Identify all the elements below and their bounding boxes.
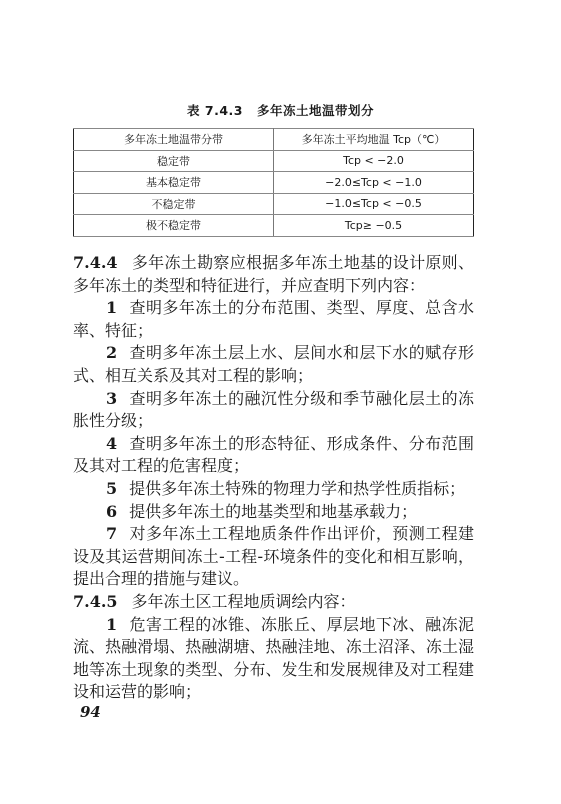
list-item: 6提供多年冻土的地基类型和地基承载力；	[73, 501, 474, 524]
item-number: 1	[106, 298, 117, 317]
item-text: 对多年冻土工程地质条件作出评价，预测工程建设及其运营期间冻土-工程-环境条件的变…	[73, 524, 474, 588]
table-row: 不稳定带 −1.0≤Tcp < −0.5	[74, 193, 474, 215]
item-text: 提供多年冻土的地基类型和地基承载力；	[129, 502, 417, 521]
header-band: 多年冻土地温带分带	[74, 129, 274, 151]
list-item: 7对多年冻土工程地质条件作出评价，预测工程建设及其运营期间冻土-工程-环境条件的…	[73, 523, 474, 591]
table-row: 稳定带 Tcp < −2.0	[74, 150, 474, 172]
band-cell: 稳定带	[74, 150, 274, 172]
item-number: 6	[106, 502, 117, 521]
list-item: 5提供多年冻土特殊的物理力学和热学性质指标；	[73, 478, 474, 501]
item-number: 7	[106, 524, 117, 543]
item-text: 提供多年冻土特殊的物理力学和热学性质指标；	[129, 479, 465, 498]
clause-7-4-5: 7.4.5多年冻土区工程地质调绘内容：	[73, 591, 474, 614]
item-number: 5	[106, 479, 117, 498]
list-item: 4查明多年冻土的形态特征、形成条件、分布范围及其对工程的危害程度；	[73, 433, 474, 478]
list-item: 3查明多年冻土的融沉性分级和季节融化层土的冻胀性分级；	[73, 388, 474, 433]
table-row: 基本稳定带 −2.0≤Tcp < −1.0	[74, 172, 474, 194]
item-text: 查明多年冻土的形态特征、形成条件、分布范围及其对工程的危害程度；	[73, 434, 474, 476]
clause-text: 多年冻土勘察应根据多年冻土地基的设计原则、多年冻土的类型和特征进行，并应查明下列…	[73, 253, 474, 295]
temperature-cell: −2.0≤Tcp < −1.0	[274, 172, 474, 194]
list-item: 1危害工程的冰锥、冻胀丘、厚层地下冰、融冻泥流、热融滑塌、热融湖塘、热融洼地、冻…	[73, 614, 474, 704]
band-cell: 不稳定带	[74, 193, 274, 215]
item-text: 查明多年冻土层上水、层间水和层下水的赋存形式、相互关系及其对工程的影响；	[73, 343, 474, 385]
table-number: 表 7.4.3	[187, 103, 243, 118]
table-title: 多年冻土地温带划分	[257, 103, 374, 118]
item-text: 危害工程的冰锥、冻胀丘、厚层地下冰、融冻泥流、热融滑塌、热融湖塘、热融洼地、冻土…	[73, 615, 474, 702]
item-text: 查明多年冻土的融沉性分级和季节融化层土的冻胀性分级；	[73, 389, 474, 431]
temperature-cell: Tcp≥ −0.5	[274, 215, 474, 237]
body-text: 7.4.4多年冻土勘察应根据多年冻土地基的设计原则、多年冻土的类型和特征进行，并…	[73, 252, 474, 704]
temperature-cell: Tcp < −2.0	[274, 150, 474, 172]
item-number: 2	[106, 343, 117, 362]
table-caption: 表 7.4.3多年冻土地温带划分	[0, 101, 561, 119]
item-number: 1	[106, 615, 117, 634]
item-number: 4	[106, 434, 117, 453]
table-row: 极不稳定带 Tcp≥ −0.5	[74, 215, 474, 237]
list-item: 2查明多年冻土层上水、层间水和层下水的赋存形式、相互关系及其对工程的影响；	[73, 342, 474, 387]
table-header-row: 多年冻土地温带分带 多年冻土平均地温 Tcp（℃）	[74, 129, 474, 151]
ground-temperature-band-table: 多年冻土地温带分带 多年冻土平均地温 Tcp（℃） 稳定带 Tcp < −2.0…	[73, 128, 474, 237]
item-number: 3	[106, 389, 117, 408]
clause-number: 7.4.4	[73, 253, 118, 272]
clause-text: 多年冻土区工程地质调绘内容：	[132, 592, 356, 611]
band-cell: 极不稳定带	[74, 215, 274, 237]
list-item: 1查明多年冻土的分布范围、类型、厚度、总含水率、特征；	[73, 297, 474, 342]
temperature-cell: −1.0≤Tcp < −0.5	[274, 193, 474, 215]
clause-number: 7.4.5	[73, 592, 118, 611]
clause-7-4-4: 7.4.4多年冻土勘察应根据多年冻土地基的设计原则、多年冻土的类型和特征进行，并…	[73, 252, 474, 297]
page-number: 94	[80, 703, 101, 721]
header-temperature: 多年冻土平均地温 Tcp（℃）	[274, 129, 474, 151]
item-text: 查明多年冻土的分布范围、类型、厚度、总含水率、特征；	[73, 298, 474, 340]
band-cell: 基本稳定带	[74, 172, 274, 194]
